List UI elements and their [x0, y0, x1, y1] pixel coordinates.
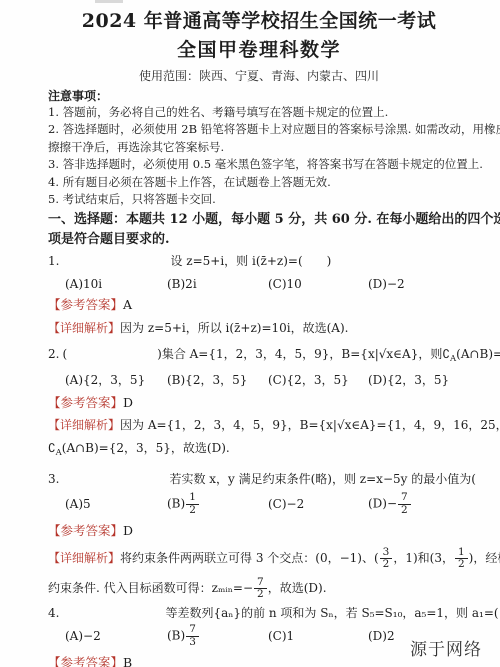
option-a: (A)−2	[65, 628, 167, 644]
analysis-text: ，故选(D).	[268, 581, 327, 595]
question-3: 3. 若实数 x，y 满足约束条件(略)，则 z=x−5y 的最小值为( )	[48, 471, 470, 487]
fraction-denominator: 2	[380, 559, 393, 571]
question-3-analysis-line2: 约束条件. 代入目标函数可得：zₘᵢₙ=−72，故选(D).	[48, 573, 470, 603]
option-b: (B){2，3，5}	[167, 372, 268, 388]
answer-value: D	[123, 395, 133, 410]
notes-heading: 注意事项：	[48, 88, 470, 104]
analysis-text: ∁	[48, 441, 56, 455]
fraction: 32	[380, 547, 393, 571]
fraction-denominator: 2	[186, 505, 199, 517]
question-4-number: 4.	[48, 605, 59, 621]
analysis-label: 【详细解析】	[48, 418, 120, 432]
question-4-options: (A)−2 (B)73 (C)1 (D)2	[48, 621, 470, 651]
question-4: 4. 等差数列{aₙ}的前 n 项和为 Sₙ，若 S₅=S₁₀，a₅=1，则 a…	[48, 605, 470, 621]
analysis-text: 约束条件. 代入目标函数可得：zₘᵢₙ=−	[48, 581, 253, 595]
answer-label: 【参考答案】	[48, 297, 123, 312]
answer-value: D	[123, 523, 133, 538]
fraction: 72	[254, 577, 267, 601]
option-b: (B)73	[167, 624, 268, 648]
option-d: (D){2，3，5}	[368, 372, 470, 388]
option-c: (C){2，3，5}	[268, 372, 368, 388]
question-1-options: (A)10i (B)2i (C)10 (D)−2	[48, 276, 470, 292]
question-1-answer: 【参考答案】A	[48, 297, 470, 313]
option-c: (C)−2	[268, 496, 368, 512]
section-header-line2: 项是符合题目要求的.	[48, 230, 470, 250]
fraction-denominator: 3	[186, 637, 199, 649]
note-line-2-cont: 擦擦干净后，再选涂其它答案标号.	[48, 139, 470, 156]
page-subtitle: 全国甲卷理科数学	[48, 39, 470, 61]
question-4-stem: 等差数列{aₙ}的前 n 项和为 Sₙ，若 S₅=S₁₀，a₅=1，则 a₁=(…	[165, 605, 500, 621]
question-1-number: 1.	[48, 253, 59, 269]
question-2-number: 2.	[48, 346, 59, 362]
question-1-stem: 设 z=5+i，则 i(z̄+z)=( )	[170, 253, 331, 269]
question-2-options: (A){2，3，5} (B){2，3，5} (C){2，3，5} (D){2，3…	[48, 372, 470, 388]
option-a: (A)5	[65, 496, 167, 512]
option-label: (B)	[167, 629, 185, 643]
section-header-line1: 一、选择题：本题共 12 小题，每小题 5 分，共 60 分. 在每小题给出的四…	[48, 210, 470, 230]
option-label: (D)−	[368, 497, 397, 511]
note-line-3: 3. 答非选择题时，必须使用 0.5 毫米黑色签字笔，将答案书写在答题卡规定的位…	[48, 156, 470, 173]
fraction: 12	[455, 547, 468, 571]
note-line-5: 5. 考试结束后，只将答题卡交回.	[48, 191, 470, 208]
analysis-label: 【详细解析】	[48, 551, 120, 565]
watermark: 源于网络	[410, 635, 482, 660]
note-line-2: 2. 答选择题时，必须使用 2B 铅笔将答题卡上对应题目的答案标号涂黑. 如需改…	[48, 121, 470, 138]
analysis-text: 因为 A={1，2，3，4，5，9}，B={x|√x∈A}={1，4，9，16，…	[120, 418, 500, 432]
page-title: 2024 年普通高等学校招生全国统一考试	[48, 10, 470, 32]
fraction-denominator: 2	[254, 589, 267, 601]
fraction: 72	[398, 492, 411, 516]
exam-document-page: 2024 年普通高等学校招生全国统一考试 全国甲卷理科数学 使用范围：陕西、宁夏…	[0, 0, 500, 667]
answer-label: 【参考答案】	[48, 395, 123, 410]
option-a: (A)10i	[65, 276, 167, 292]
analysis-text: ，1)和(3，	[393, 551, 454, 565]
analysis-text: )，经检验都符合	[469, 551, 500, 565]
option-c: (C)10	[268, 276, 368, 292]
question-3-analysis-line1: 【详细解析】将约束条件两两联立可得 3 个交点：(0，−1)、(32，1)和(3…	[48, 543, 470, 573]
question-3-stem: 若实数 x，y 满足约束条件(略)，则 z=x−5y 的最小值为( )	[169, 471, 500, 487]
analysis-label: 【详细解析】	[48, 321, 120, 335]
analysis-text: 因为 z=5+i，所以 i(z̄+z)=10i，故选(A).	[120, 321, 348, 335]
option-b: (B)12	[167, 492, 268, 516]
answer-value: B	[123, 655, 132, 667]
answer-label: 【参考答案】	[48, 655, 123, 667]
fraction-denominator: 2	[455, 559, 468, 571]
question-2-open-paren: (	[62, 346, 67, 362]
note-line-4: 4. 所有题目必须在答题卡上作答，在试题卷上答题无效.	[48, 174, 470, 191]
question-3-options: (A)5 (B)12 (C)−2 (D)−72	[48, 489, 470, 519]
question-2: 2. ( )集合 A={1，2，3，4，5，9}，B={x|√x∈A}，则∁A(…	[48, 346, 470, 367]
option-c: (C)1	[268, 628, 368, 644]
page-content: 2024 年普通高等学校招生全国统一考试 全国甲卷理科数学 使用范围：陕西、宁夏…	[0, 0, 500, 667]
answer-value: A	[123, 297, 132, 312]
question-1: 1. 设 z=5+i，则 i(z̄+z)=( )	[48, 253, 470, 269]
question-2-answer: 【参考答案】D	[48, 395, 470, 411]
option-d: (D)−72	[368, 492, 470, 516]
scan-artifact	[95, 0, 123, 3]
fraction-denominator: 2	[398, 505, 411, 517]
analysis-text: (A∩B)={2，3，5}，故选(D).	[62, 441, 230, 455]
question-2-analysis-line2: ∁A(A∩B)={2，3，5}，故选(D).	[48, 440, 470, 461]
fraction: 12	[186, 492, 199, 516]
usage-scope: 使用范围：陕西、宁夏、青海、内蒙古、四川	[48, 70, 470, 83]
answer-label: 【参考答案】	[48, 523, 123, 538]
fraction: 73	[186, 624, 199, 648]
option-label: (B)	[167, 497, 185, 511]
stem-part: )集合 A={1，2，3，4，5，9}，B={x|√x∈A}，则∁	[157, 347, 450, 361]
option-b: (B)2i	[167, 276, 268, 292]
option-a: (A){2，3，5}	[65, 372, 167, 388]
question-1-analysis: 【详细解析】因为 z=5+i，所以 i(z̄+z)=10i，故选(A).	[48, 320, 470, 336]
analysis-text: 将约束条件两两联立可得 3 个交点：(0，−1)、(	[120, 551, 379, 565]
note-line-1: 1. 答题前，务必将自己的姓名、考籍号填写在答题卡规定的位置上.	[48, 104, 470, 121]
option-d: (D)−2	[368, 276, 470, 292]
question-2-stem: )集合 A={1，2，3，4，5，9}，B={x|√x∈A}，则∁A(A∩B)=…	[157, 346, 500, 367]
question-2-analysis-line1: 【详细解析】因为 A={1，2，3，4，5，9}，B={x|√x∈A}={1，4…	[48, 417, 470, 433]
question-3-answer: 【参考答案】D	[48, 523, 470, 539]
stem-part: (A∩B)=( )	[456, 347, 500, 361]
question-4-answer: 【参考答案】B	[48, 655, 470, 667]
question-3-number: 3.	[48, 471, 59, 487]
